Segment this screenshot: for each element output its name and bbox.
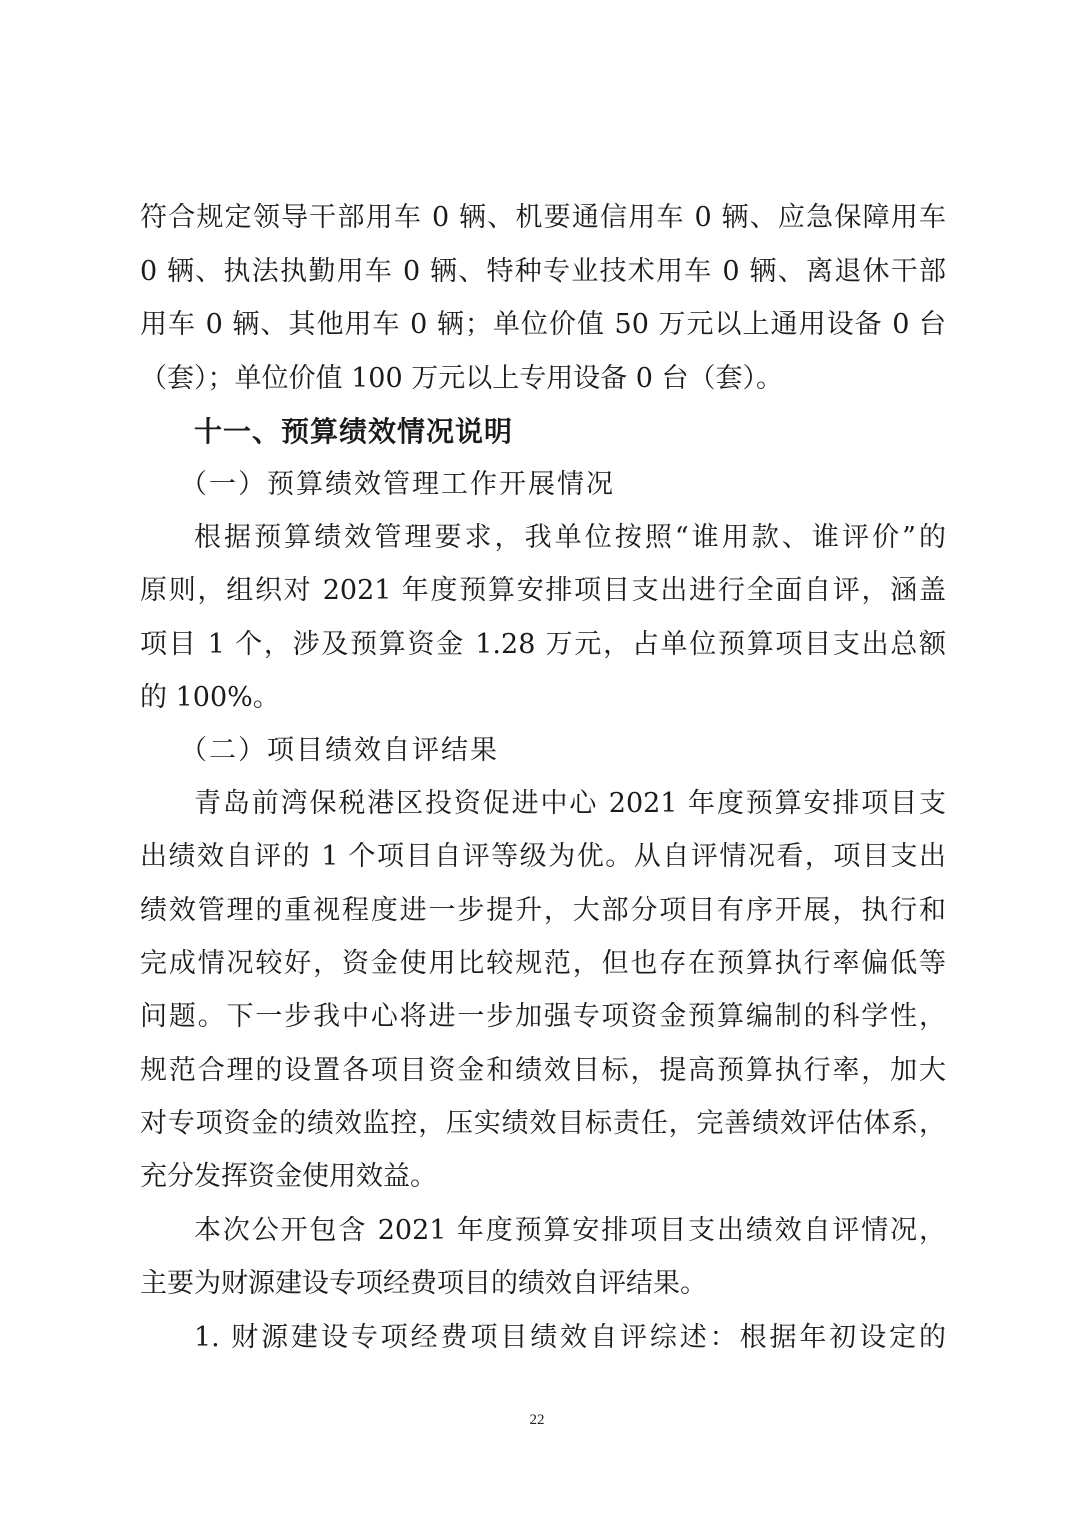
paragraph-management-line-2: 原则，组织对 2021 年度预算安排项目支出进行全面自评，涵盖 xyxy=(140,571,946,611)
paragraph-results-line-5: 问题。下一步我中心将进一步加强专项资金预算编制的科学性， xyxy=(140,997,946,1037)
paragraph-results-line-7: 对专项资金的绩效监控，压实绩效目标责任，完善绩效评估体系， xyxy=(140,1104,946,1144)
paragraph-results-line-2: 出绩效自评的 1 个项目自评等级为优。从自评情况看，项目支出 xyxy=(140,837,946,877)
paragraph-disclosure-line-2: 主要为财源建设专项经费项目的绩效自评结果。 xyxy=(140,1264,946,1304)
section-heading-budget-performance: 十一、预算绩效情况说明 xyxy=(194,412,513,452)
paragraph-vehicles-line-4: （套）；单位价值 100 万元以上专用设备 0 台（套）。 xyxy=(140,359,946,399)
subsection-heading-results: （二）项目绩效自评结果 xyxy=(180,731,499,771)
paragraph-results-line-4: 完成情况较好，资金使用比较规范，但也存在预算执行率偏低等 xyxy=(140,944,946,984)
paragraph-results-line-8: 充分发挥资金使用效益。 xyxy=(140,1157,946,1197)
paragraph-disclosure-line-1: 本次公开包含 2021 年度预算安排项目支出绩效自评情况， xyxy=(194,1211,946,1251)
subsection-heading-management: （一）预算绩效管理工作开展情况 xyxy=(180,465,615,505)
paragraph-vehicles-line-2: 0 辆、执法执勤用车 0 辆、特种专业技术用车 0 辆、离退休干部 xyxy=(140,252,946,292)
paragraph-vehicles-line-1: 符合规定领导干部用车 0 辆、机要通信用车 0 辆、应急保障用车 xyxy=(140,198,946,238)
page-number: 22 xyxy=(0,1412,1074,1429)
paragraph-management-line-4: 的 100%。 xyxy=(140,678,946,718)
paragraph-results-line-3: 绩效管理的重视程度进一步提升，大部分项目有序开展，执行和 xyxy=(140,891,946,931)
paragraph-results-line-1: 青岛前湾保税港区投资促进中心 2021 年度预算安排项目支 xyxy=(194,784,946,824)
document-page: 符合规定领导干部用车 0 辆、机要通信用车 0 辆、应急保障用车 0 辆、执法执… xyxy=(0,0,1074,1520)
paragraph-results-line-6: 规范合理的设置各项目资金和绩效目标，提高预算执行率，加大 xyxy=(140,1051,946,1091)
paragraph-management-line-1: 根据预算绩效管理要求，我单位按照“谁用款、谁评价”的 xyxy=(194,518,946,558)
paragraph-management-line-3: 项目 1 个，涉及预算资金 1.28 万元，占单位预算项目支出总额 xyxy=(140,625,946,665)
paragraph-item-1-line-1: 1. 财源建设专项经费项目绩效自评综述：根据年初设定的 xyxy=(194,1318,946,1358)
paragraph-vehicles-line-3: 用车 0 辆、其他用车 0 辆；单位价值 50 万元以上通用设备 0 台 xyxy=(140,305,946,345)
